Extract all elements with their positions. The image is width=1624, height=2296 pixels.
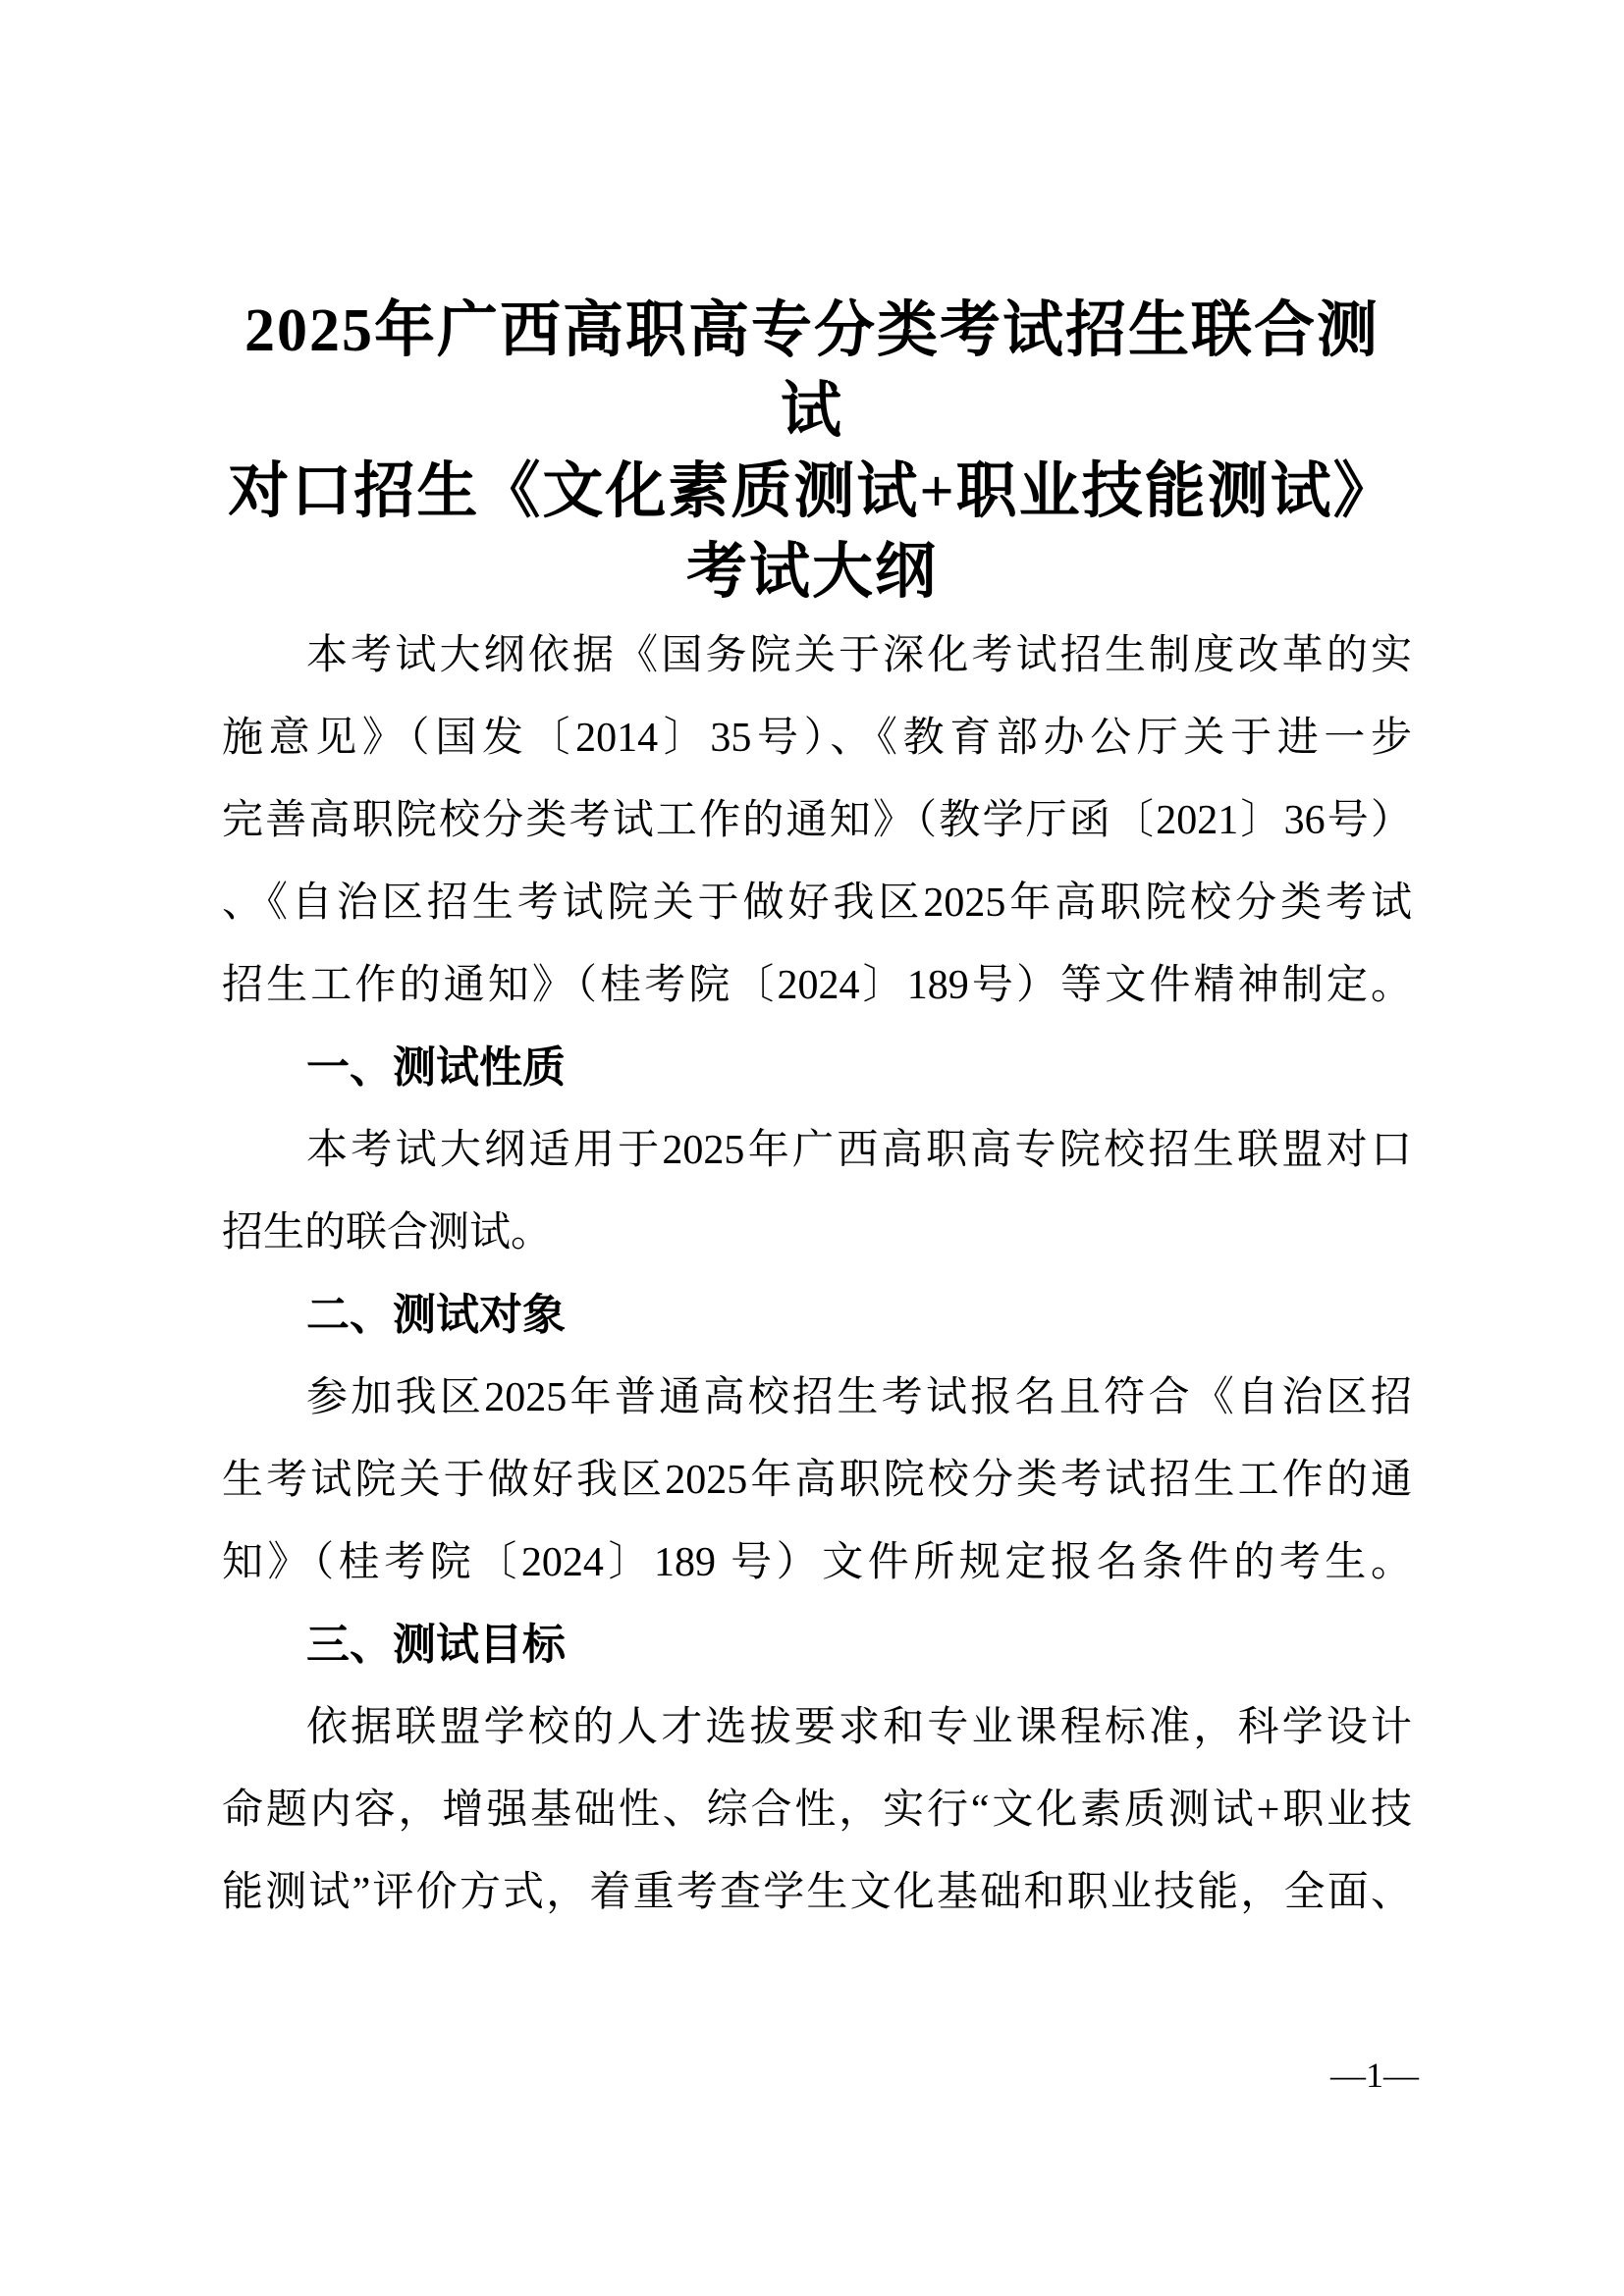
section-3-heading: 三、测试目标 xyxy=(222,1604,1412,1686)
intro-line-4: 、《自治区招生考试院关于做好我区2025年高职院校分类考试 xyxy=(222,862,1412,944)
section-3-line-1: 依据联盟学校的人才选拔要求和专业课程标准，科学设计 xyxy=(222,1686,1412,1769)
title-line-1: 2025年广西高职高专分类考试招生联合测试 xyxy=(217,291,1407,452)
section-2-line-1: 参加我区2025年普通高校招生考试报名且符合《自治区招 xyxy=(222,1357,1412,1439)
intro-line-2: 施意见》（国发〔2014〕35号）、《教育部办公厅关于进一步 xyxy=(222,697,1412,779)
section-2-line-2: 生考试院关于做好我区2025年高职院校分类考试招生工作的通 xyxy=(222,1439,1412,1522)
intro-line-1: 本考试大纲依据《国务院关于深化考试招生制度改革的实 xyxy=(222,614,1412,697)
section-1-heading: 一、测试性质 xyxy=(222,1027,1412,1109)
section-2-line-3: 知》（桂考院〔2024〕189 号）文件所规定报名条件的考生。 xyxy=(222,1522,1412,1604)
title-line-2: 对口招生《文化素质测试+职业技能测试》 xyxy=(217,452,1407,532)
document-title: 2025年广西高职高专分类考试招生联合测试 对口招生《文化素质测试+职业技能测试… xyxy=(217,291,1407,613)
section-3-line-2: 命题内容，增强基础性、综合性，实行“文化素质测试+职业技 xyxy=(222,1769,1412,1851)
intro-line-5: 招生工作的通知》（桂考院〔2024〕189号）等文件精神制定。 xyxy=(222,944,1412,1027)
section-1-line-2: 招生的联合测试。 xyxy=(222,1192,1412,1274)
section-1-line-1: 本考试大纲适用于2025年广西高职高专院校招生联盟对口 xyxy=(222,1109,1412,1192)
document-body: 本考试大纲依据《国务院关于深化考试招生制度改革的实 施意见》（国发〔2014〕3… xyxy=(222,614,1412,1934)
section-3-line-3: 能测试”评价方式，着重考查学生文化基础和职业技能，全面、 xyxy=(222,1851,1412,1934)
section-2-heading: 二、测试对象 xyxy=(222,1274,1412,1357)
intro-line-3: 完善高职院校分类考试工作的通知》（教学厅函〔2021〕36号） xyxy=(222,779,1412,862)
page-number: —1— xyxy=(1316,2052,1434,2099)
title-line-3: 考试大纲 xyxy=(217,532,1407,613)
document-page: 2025年广西高职高专分类考试招生联合测试 对口招生《文化素质测试+职业技能测试… xyxy=(0,0,1624,2296)
